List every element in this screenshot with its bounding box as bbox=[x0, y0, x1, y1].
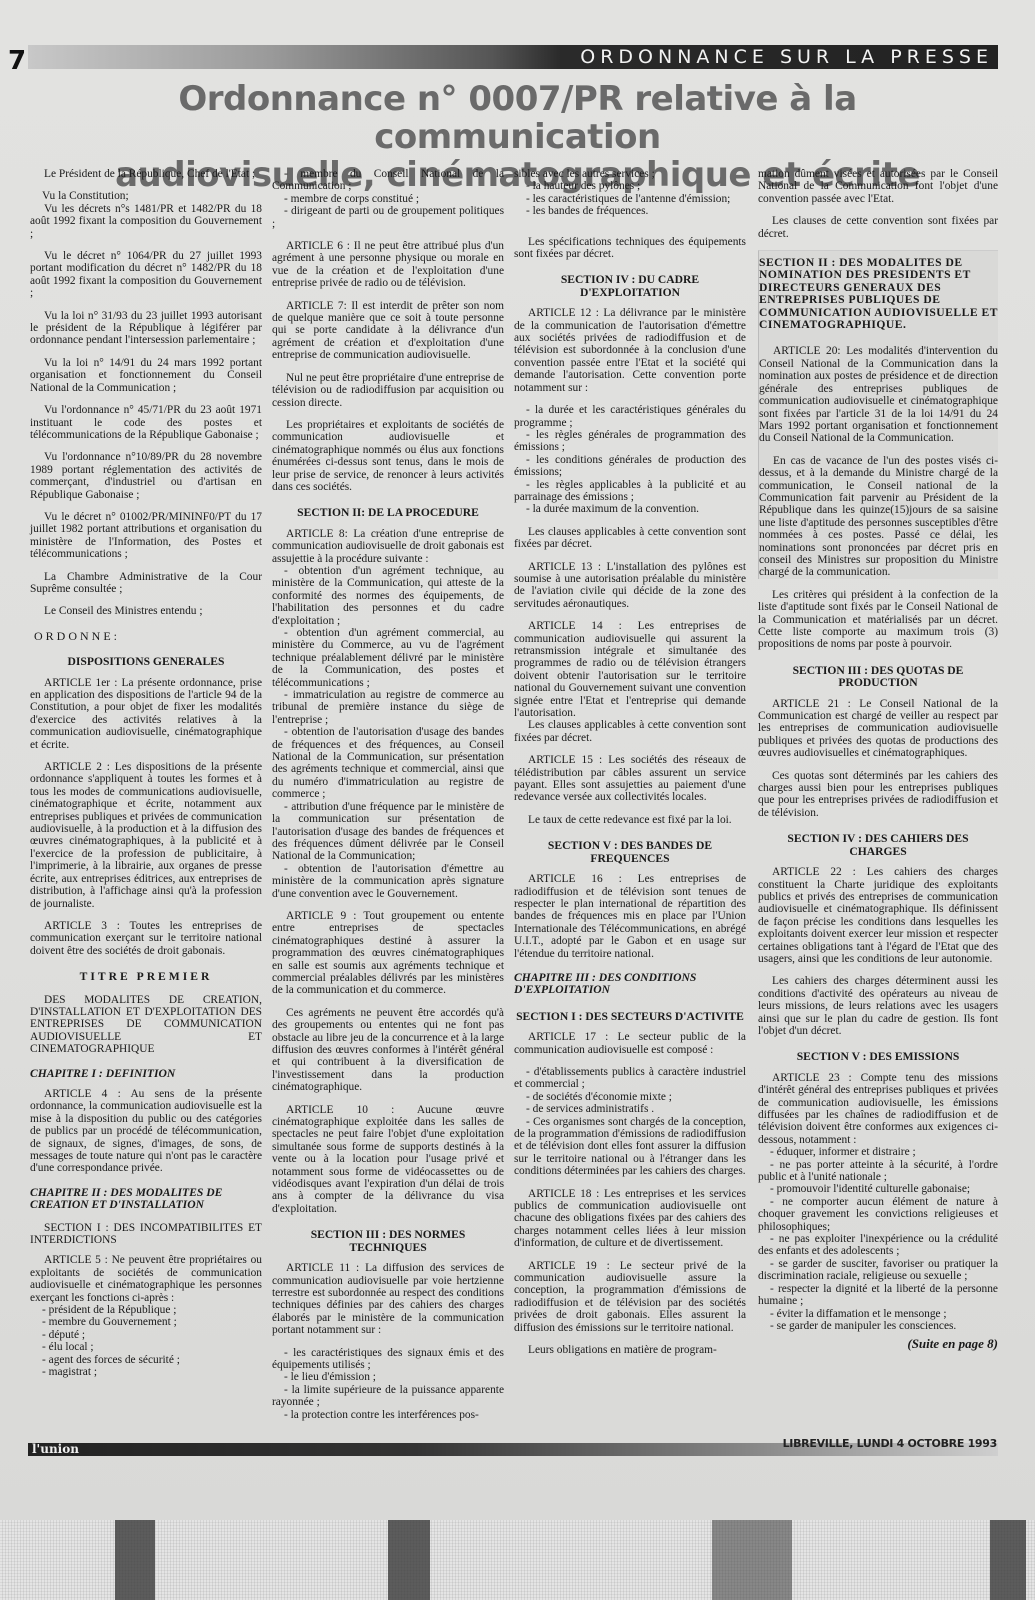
page-number: 7 bbox=[8, 48, 26, 74]
column-2: - membre du Conseil National de la Commu… bbox=[272, 168, 504, 1421]
article-21: ARTICLE 21 : Le Conseil National de la C… bbox=[758, 698, 998, 760]
heading-chapitre-2: CHAPITRE II : DES MODALITES DE CREATION … bbox=[30, 1187, 262, 1212]
article-11-item: - la limite supérieure de la puissance a… bbox=[272, 1384, 504, 1409]
heading-section-4-cahiers: SECTION IV : DES CAHIERS DES CHARGES bbox=[758, 833, 998, 858]
article-11-item: - le lieu d'émission ; bbox=[272, 1371, 504, 1383]
preamble-ordonnance-45-71: Vu l'ordonnance n° 45/71/PR du 23 août 1… bbox=[30, 404, 262, 441]
article-8-item: - attribution d'une fréquence par le min… bbox=[272, 801, 504, 863]
heading-chapitre-3: CHAPITRE III : DES CONDITIONS D'EXPLOITA… bbox=[514, 972, 746, 997]
article-8-item: - immatriculation au registre de commerc… bbox=[272, 689, 504, 726]
article-23-item: - respecter la dignité et la liberté de … bbox=[758, 1283, 998, 1308]
heading-section-2-nomination: SECTION II : DES MODALITES DE NOMINATION… bbox=[759, 257, 998, 331]
scan-artifact-stripe bbox=[990, 1520, 1026, 1600]
article-22: ARTICLE 22 : Les cahiers des charges con… bbox=[758, 866, 998, 965]
column-3: sibles avec les autres services ; - la h… bbox=[514, 168, 746, 1367]
paragraph-cahiers: Les cahiers des charges déterminent auss… bbox=[758, 975, 998, 1037]
column-1: Le Président de la République, Chef de l… bbox=[30, 168, 262, 1379]
article-8: ARTICLE 8: La création d'une entreprise … bbox=[272, 528, 504, 565]
column-4: mation dûment visées et autorisées par l… bbox=[758, 168, 998, 1351]
preamble-president: Le Président de la République, Chef de l… bbox=[30, 168, 262, 180]
article-12-item: - la durée maximum de la convention. bbox=[514, 503, 746, 515]
scan-artifact-stripe bbox=[115, 1520, 155, 1600]
paragraph-programmation: mation dûment visées et autorisées par l… bbox=[758, 168, 998, 205]
article-8-item: - obtention d'un agrément technique, au … bbox=[272, 565, 504, 627]
paragraph-nul-ne-peut: Nul ne peut être propriétaire d'une entr… bbox=[272, 372, 504, 409]
article-3: ARTICLE 3 : Toutes les entreprises de co… bbox=[30, 920, 262, 957]
continued-on-page-link[interactable]: (Suite en page 8) bbox=[758, 1338, 998, 1350]
scan-artifact-stripe bbox=[712, 1520, 792, 1600]
article-11-item: - la protection contre les interférences… bbox=[272, 1409, 504, 1421]
heading-titre-premier: TITRE PREMIER bbox=[30, 971, 262, 983]
article-1: ARTICLE 1er : La présente ordonnance, pr… bbox=[30, 677, 262, 751]
article-4: ARTICLE 4 : Au sens de la présente ordon… bbox=[30, 1088, 262, 1175]
heading-section-2-procedure: SECTION II: DE LA PROCEDURE bbox=[272, 507, 504, 519]
article-23-item: - ne pas exploiter l'inexpérience ou la … bbox=[758, 1233, 998, 1258]
article-12-item: - les règles générales de programmation … bbox=[514, 429, 746, 454]
article-17-item: - Ces organismes sont chargés de la conc… bbox=[514, 1116, 746, 1178]
preamble-ordonnance-10-89: Vu l'ordonnance n°10/89/PR du 28 novembr… bbox=[30, 451, 262, 501]
article-5-item: - magistrat ; bbox=[30, 1366, 262, 1378]
preamble-conseil: Le Conseil des Ministres entendu ; bbox=[30, 605, 262, 617]
paragraph-agrements: Ces agréments ne peuvent être accordés q… bbox=[272, 1007, 504, 1094]
article-7: ARTICLE 7: Il est interdit de prêter son… bbox=[272, 300, 504, 362]
article-12-item: - les règles applicables à la publicité … bbox=[514, 479, 746, 504]
preamble-constitution: Vu la Constitution; bbox=[30, 190, 262, 202]
article-11: ARTICLE 11 : La diffusion des services d… bbox=[272, 1262, 504, 1336]
article-12-item: - les conditions générales de production… bbox=[514, 454, 746, 479]
paragraph-quotas: Ces quotas sont déterminés par les cahie… bbox=[758, 770, 998, 820]
paragraph-clauses-2: Les clauses applicables à cette conventi… bbox=[514, 719, 746, 744]
article-8-item: - obtention de l'autorisation d'usage de… bbox=[272, 726, 504, 800]
article-11-item: - les caractéristiques des signaux émis … bbox=[272, 1347, 504, 1372]
technical-item: - les caractéristiques de l'antenne d'ém… bbox=[514, 193, 746, 205]
article-12-item: - la durée et les caractéristiques génér… bbox=[514, 404, 746, 429]
article-23-item: - promouvoir l'identité culturelle gabon… bbox=[758, 1183, 998, 1195]
newspaper-brand: l'union bbox=[32, 1442, 79, 1457]
scan-artifact-stripe bbox=[388, 1520, 430, 1600]
article-18: ARTICLE 18 : Les entreprises et les serv… bbox=[514, 1188, 746, 1250]
article-5-item: - député ; bbox=[30, 1329, 262, 1341]
heading-section-3-normes: SECTION III : DES NORMES TECHNIQUES bbox=[272, 1229, 504, 1254]
scan-noise-area bbox=[0, 1520, 1035, 1600]
incompatibility-item: - dirigeant de parti ou de groupement po… bbox=[272, 205, 504, 230]
article-16: ARTICLE 16 : Les entreprises de radiodif… bbox=[514, 873, 746, 960]
article-5-item: - président de la République ; bbox=[30, 1304, 262, 1316]
paragraph-obligations: Leurs obligations en matière de program- bbox=[514, 1344, 746, 1356]
article-23-item: - éduquer, informer et distraire ; bbox=[758, 1146, 998, 1158]
boxed-section-nomination: SECTION II : DES MODALITES DE NOMINATION… bbox=[758, 250, 998, 579]
preamble-loi-14-91: Vu la loi n° 14/91 du 24 mars 1992 porta… bbox=[30, 357, 262, 394]
preamble-chambre: La Chambre Administrative de la Cour Sup… bbox=[30, 571, 262, 596]
heading-dispositions-generales: DISPOSITIONS GENERALES bbox=[30, 656, 262, 668]
article-17-item: - d'établissements publics à caractère i… bbox=[514, 1066, 746, 1091]
heading-section-5-bandes: SECTION V : DES BANDES DE FREQUENCES bbox=[514, 840, 746, 865]
heading-section-1-secteurs: SECTION I : DES SECTEURS D'ACTIVITE bbox=[514, 1011, 746, 1023]
heading-section-3-quotas: SECTION III : DES QUOTAS DE PRODUCTION bbox=[758, 665, 998, 690]
article-10: ARTICLE 10 : Aucune œuvre cinématographi… bbox=[272, 1104, 504, 1216]
article-12: ARTICLE 12 : La délivrance par le minist… bbox=[514, 307, 746, 394]
article-23-item: - ne comporter aucun élément de nature à… bbox=[758, 1196, 998, 1233]
article-5-item: - élu local ; bbox=[30, 1341, 262, 1353]
headline-line-1: Ordonnance n° 0007/PR relative à la comm… bbox=[30, 80, 1005, 156]
article-14: ARTICLE 14 : Les entreprises de communic… bbox=[514, 620, 746, 719]
article-9: ARTICLE 9 : Tout groupement ou entente e… bbox=[272, 910, 504, 997]
titre-premier-subtitle: DES MODALITES DE CREATION, D'INSTALLATIO… bbox=[30, 994, 262, 1056]
article-5-item: - agent des forces de sécurité ; bbox=[30, 1354, 262, 1366]
technical-item: sibles avec les autres services ; bbox=[514, 168, 746, 180]
incompatibility-item: - membre du Conseil National de la Commu… bbox=[272, 168, 504, 193]
dateline: LIBREVILLE, LUNDI 4 OCTOBRE 1993 bbox=[783, 1437, 997, 1451]
article-23-item: - se garder de susciter, favoriser ou pr… bbox=[758, 1258, 998, 1283]
heading-section-4-cadre: SECTION IV : DU CADRE D'EXPLOITATION bbox=[514, 274, 746, 299]
article-15: ARTICLE 15 : Les sociétés des réseaux de… bbox=[514, 754, 746, 804]
article-8-item: - obtention d'un agrément commercial, au… bbox=[272, 627, 504, 689]
heading-chapitre-1: CHAPITRE I : DEFINITION bbox=[30, 1068, 262, 1080]
article-5: ARTICLE 5 : Ne peuvent être propriétaire… bbox=[30, 1254, 262, 1304]
preamble-decret-01002: Vu le décret n° 01002/PR/MININF0/PT du 1… bbox=[30, 511, 262, 561]
paragraph-specifications: Les spécifications techniques des équipe… bbox=[514, 236, 746, 261]
article-23-item: - se garder de manipuler les consciences… bbox=[758, 1320, 998, 1332]
section-title: ORDONNANCE SUR LA PRESSE bbox=[580, 45, 993, 69]
article-13: ARTICLE 13 : L'installation des pylônes … bbox=[514, 561, 746, 611]
article-6: ARTICLE 6 : Il ne peut être attribué plu… bbox=[272, 240, 504, 290]
preamble-decret-1064: Vu le décret n° 1064/PR du 27 juillet 19… bbox=[30, 250, 262, 300]
article-5-item: - membre du Gouvernement ; bbox=[30, 1316, 262, 1328]
article-8-item: - obtention de l'autorisation d'émettre … bbox=[272, 863, 504, 900]
article-17-item: - de sociétés d'économie mixte ; bbox=[514, 1091, 746, 1103]
article-23-item: - ne pas porter atteinte à la sécurité, … bbox=[758, 1159, 998, 1184]
ordonne-heading: ORDONNE: bbox=[34, 630, 262, 642]
article-17: ARTICLE 17 : Le secteur public de la com… bbox=[514, 1031, 746, 1056]
technical-item: - les bandes de fréquences. bbox=[514, 205, 746, 217]
technical-item: - la hauteur des pylônes ; bbox=[514, 180, 746, 192]
paragraph-vacance: En cas de vacance de l'un des postes vis… bbox=[759, 455, 998, 579]
newspaper-page: 7 ORDONNANCE SUR LA PRESSE Ordonnance n°… bbox=[0, 0, 1035, 1520]
article-20: ARTICLE 20: Les modalités d'intervention… bbox=[759, 345, 998, 444]
heading-section-1-incompatibilites: SECTION I : DES INCOMPATIBILITES ET INTE… bbox=[30, 1222, 262, 1247]
paragraph-clauses-1: Les clauses applicables à cette conventi… bbox=[514, 526, 746, 551]
article-2: ARTICLE 2 : Les dispositions de la prése… bbox=[30, 761, 262, 910]
paragraph-taux: Le taux de cette redevance est fixé par … bbox=[514, 814, 746, 826]
preamble-loi-31-93: Vu la loi n° 31/93 du 23 juillet 1993 au… bbox=[30, 310, 262, 347]
article-23-item: - éviter la diffamation et le mensonge ; bbox=[758, 1308, 998, 1320]
paragraph-proprietaires: Les propriétaires et exploitants de soci… bbox=[272, 419, 504, 493]
article-23: ARTICLE 23 : Compte tenu des missions d'… bbox=[758, 1072, 998, 1146]
article-19: ARTICLE 19 : Le secteur privé de la comm… bbox=[514, 1260, 746, 1334]
incompatibility-item: - membre de corps constitué ; bbox=[272, 193, 504, 205]
paragraph-clauses-convention: Les clauses de cette convention sont fix… bbox=[758, 215, 998, 240]
paragraph-criteres: Les critères qui président à la confecti… bbox=[758, 589, 998, 651]
preamble-decrets: Vu les décrets n°s 1481/PR et 1482/PR du… bbox=[30, 203, 262, 240]
article-17-item: - de services administratifs . bbox=[514, 1103, 746, 1115]
heading-section-5-emissions: SECTION V : DES EMISSIONS bbox=[758, 1051, 998, 1063]
